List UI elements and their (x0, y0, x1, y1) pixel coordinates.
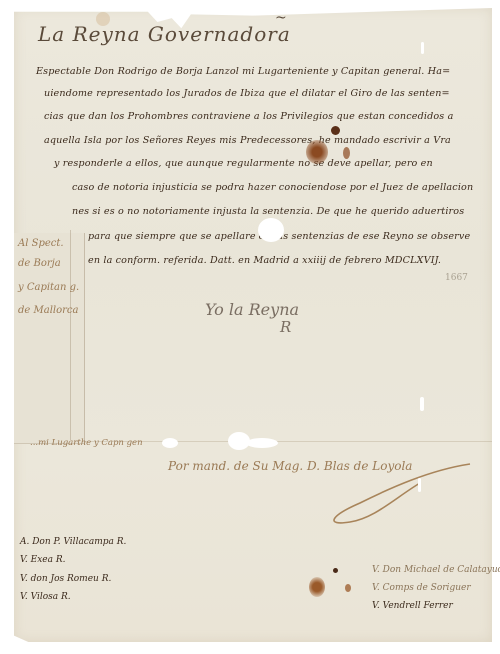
flap-line-2: de Borja (18, 258, 61, 269)
left-signatory-2: V. Exea R. (20, 555, 65, 565)
stain-bottom-small (345, 584, 351, 592)
right-signatory-1: V. Don Michael de Calatayud (372, 565, 500, 575)
ink-stain-dot (331, 126, 340, 135)
body-line-7: nes si es o no notoriamente injusta la s… (72, 206, 464, 217)
stain-bottom (309, 577, 325, 597)
body-line-1: Espectable Don Rodrigo de Borja Lanzol m… (36, 66, 450, 77)
body-line-9: en la conform. referida. Datt. en Madrid… (88, 255, 441, 266)
paper-hole-center (258, 218, 284, 242)
paper-slit-1 (420, 397, 424, 411)
right-signatory-3: V. Vendrell Ferrer (372, 601, 453, 611)
flap-line-3: y Capitan g. (18, 282, 79, 293)
body-line-2: uiendome representado los Jurados de Ibi… (44, 88, 450, 99)
stain-top-edge (96, 12, 110, 26)
body-line-6: caso de notoria injusticia se podra haze… (72, 182, 473, 193)
body-line-3: cias que dan los Prohombres contraviene … (44, 111, 453, 122)
royal-rubric: R (280, 318, 291, 336)
body-line-5: y responderle a ellos, que aunque regula… (54, 158, 433, 169)
address-heading: La Reyna Governadora (38, 22, 291, 46)
archive-number: 1667 (445, 273, 468, 283)
paper-slit-3 (418, 478, 421, 492)
paper-slit-2 (421, 42, 424, 54)
body-line-4: aquella Isla por los Señores Reyes mis P… (44, 135, 451, 146)
signature-flourish (300, 458, 480, 528)
flap-footer-text: ...mi Lugarthe y Capn gen (30, 438, 143, 448)
ink-stain-small (343, 147, 350, 159)
right-signatory-2: V. Comps de Soriguer (372, 583, 471, 593)
left-signatory-4: V. Vilosa R. (20, 592, 71, 602)
royal-signature: Yo la Reyna (205, 300, 299, 319)
address-flourish-mark: ~ (275, 10, 287, 26)
flap-line-4: de Mallorca (18, 305, 78, 316)
stain-bottom-dot (333, 568, 338, 573)
ink-stain-large (306, 140, 328, 164)
flap-line-1: Al Spect. (18, 238, 64, 249)
paper-hole-lower-left (162, 438, 178, 448)
left-signatory-3: V. don Jos Romeu R. (20, 574, 111, 584)
fold-crease-vertical (70, 230, 71, 440)
paper-hole-lower-mid-2 (246, 438, 278, 448)
left-signatory-1: A. Don P. Villacampa R. (20, 537, 126, 547)
